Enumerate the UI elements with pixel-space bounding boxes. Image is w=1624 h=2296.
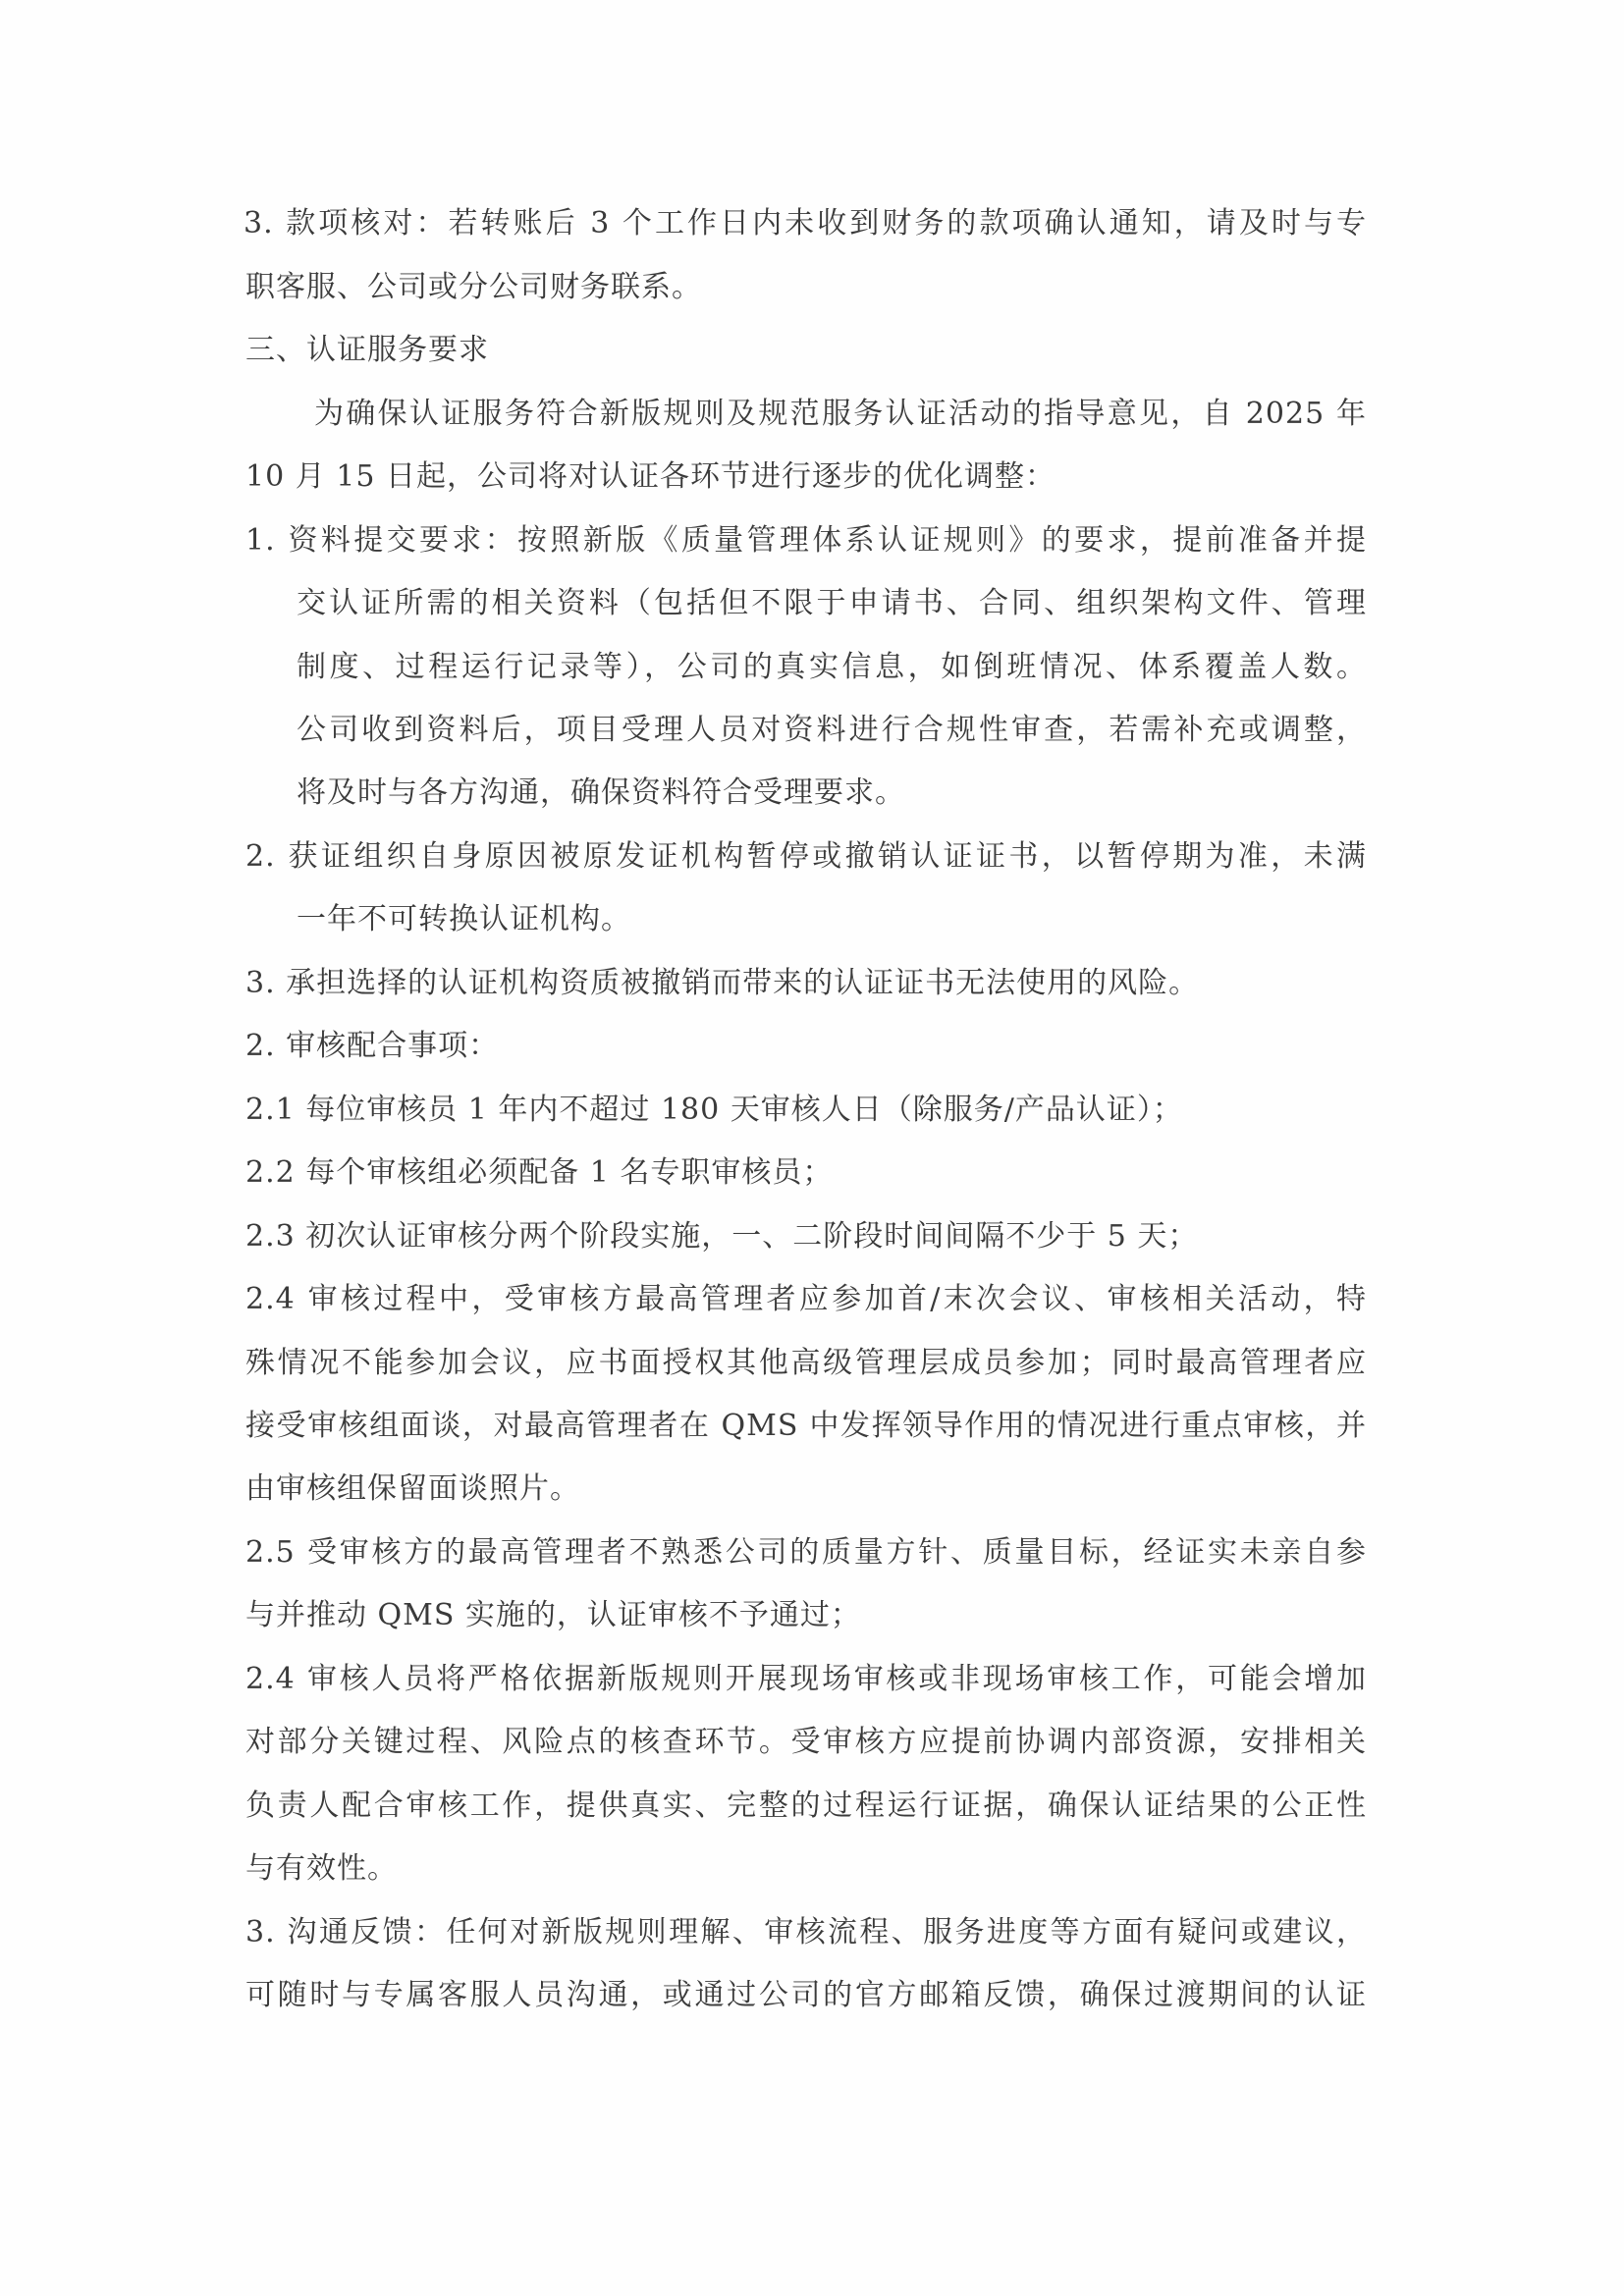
sub-item-2-3: 2.3 初次认证审核分两个阶段实施，一、二阶段时间间隔不少于 5 天； [245,1217,1198,1256]
sub-item-2-1: 2.1 每位审核员 1 年内不超过 180 天审核人日（除服务/产品认证）； [245,1091,1183,1130]
list-item-audit: 2. 审核配合事项： [245,1027,499,1066]
text-line-2: 职客服、公司或分公司财务联系。 [245,268,702,307]
list-item-2: 2. 获证组织自身原因被原发证机构暂停或撤销认证证书，以暂停期为准，未满 [245,837,1367,877]
text-line-10: 将及时与各方沟通，确保资料符合受理要求。 [297,774,905,813]
text-line-29: 可随时与专属客服人员沟通，或通过公司的官方邮箱反馈，确保过渡期间的认证 [245,1976,1367,2015]
document-page: 3. 款项核对：若转账后 3 个工作日内未收到财务的款项确认通知，请及时与专 职… [0,0,1624,2296]
text-line-4: 为确保认证服务符合新版规则及规范服务认证活动的指导意见，自 2025 年 [314,395,1367,434]
list-item-feedback: 3. 沟通反馈：任何对新版规则理解、审核流程、服务进度等方面有疑问或建议， [245,1913,1367,1952]
list-item-1: 1. 资料提交要求：按照新版《质量管理体系认证规则》的要求，提前准备并提 [245,521,1367,561]
sub-item-2-2: 2.2 每个审核组必须配备 1 名专职审核员； [245,1153,833,1193]
text-line-1: 3. 款项核对：若转账后 3 个工作日内未收到财务的款项确认通知，请及时与专 [244,204,1367,243]
text-line-27: 与有效性。 [245,1849,398,1889]
section-heading: 三、认证服务要求 [245,331,489,370]
text-line-7: 交认证所需的相关资料（包括但不限于申请书、合同、组织架构文件、管理 [297,584,1367,623]
sub-item-2-5: 2.5 受审核方的最高管理者不熟悉公司的质量方针、质量目标，经证实未亲自参 [245,1533,1367,1573]
text-line-5: 10 月 15 日起，公司将对认证各环节进行逐步的优化调整： [245,457,1056,497]
text-line-8: 制度、过程运行记录等），公司的真实信息，如倒班情况、体系覆盖人数。 [297,648,1367,687]
text-line-12: 一年不可转换认证机构。 [297,900,631,939]
sub-item-2-4b: 2.4 审核人员将严格依据新版规则开展现场审核或非现场审核工作，可能会增加 [245,1660,1367,1699]
text-line-20: 接受审核组面谈，对最高管理者在 QMS 中发挥领导作用的情况进行重点审核，并 [245,1407,1367,1446]
text-line-23: 与并推动 QMS 实施的，认证审核不予通过； [245,1596,861,1635]
text-line-25: 对部分关键过程、风险点的核查环节。受审核方应提前协调内部资源，安排相关 [245,1723,1367,1762]
list-item-3: 3. 承担选择的认证机构资质被撤销而带来的认证证书无法使用的风险。 [245,964,1199,1003]
text-line-9: 公司收到资料后，项目受理人员对资料进行合规性审查，若需补充或调整， [297,711,1367,750]
sub-item-2-4: 2.4 审核过程中，受审核方最高管理者应参加首/末次会议、审核相关活动，特 [245,1280,1367,1319]
text-line-21: 由审核组保留面谈照片。 [245,1469,580,1509]
text-line-19: 殊情况不能参加会议，应书面授权其他高级管理层成员参加；同时最高管理者应 [245,1344,1367,1383]
text-line-26: 负责人配合审核工作，提供真实、完整的过程运行证据，确保认证结果的公正性 [245,1787,1367,1826]
